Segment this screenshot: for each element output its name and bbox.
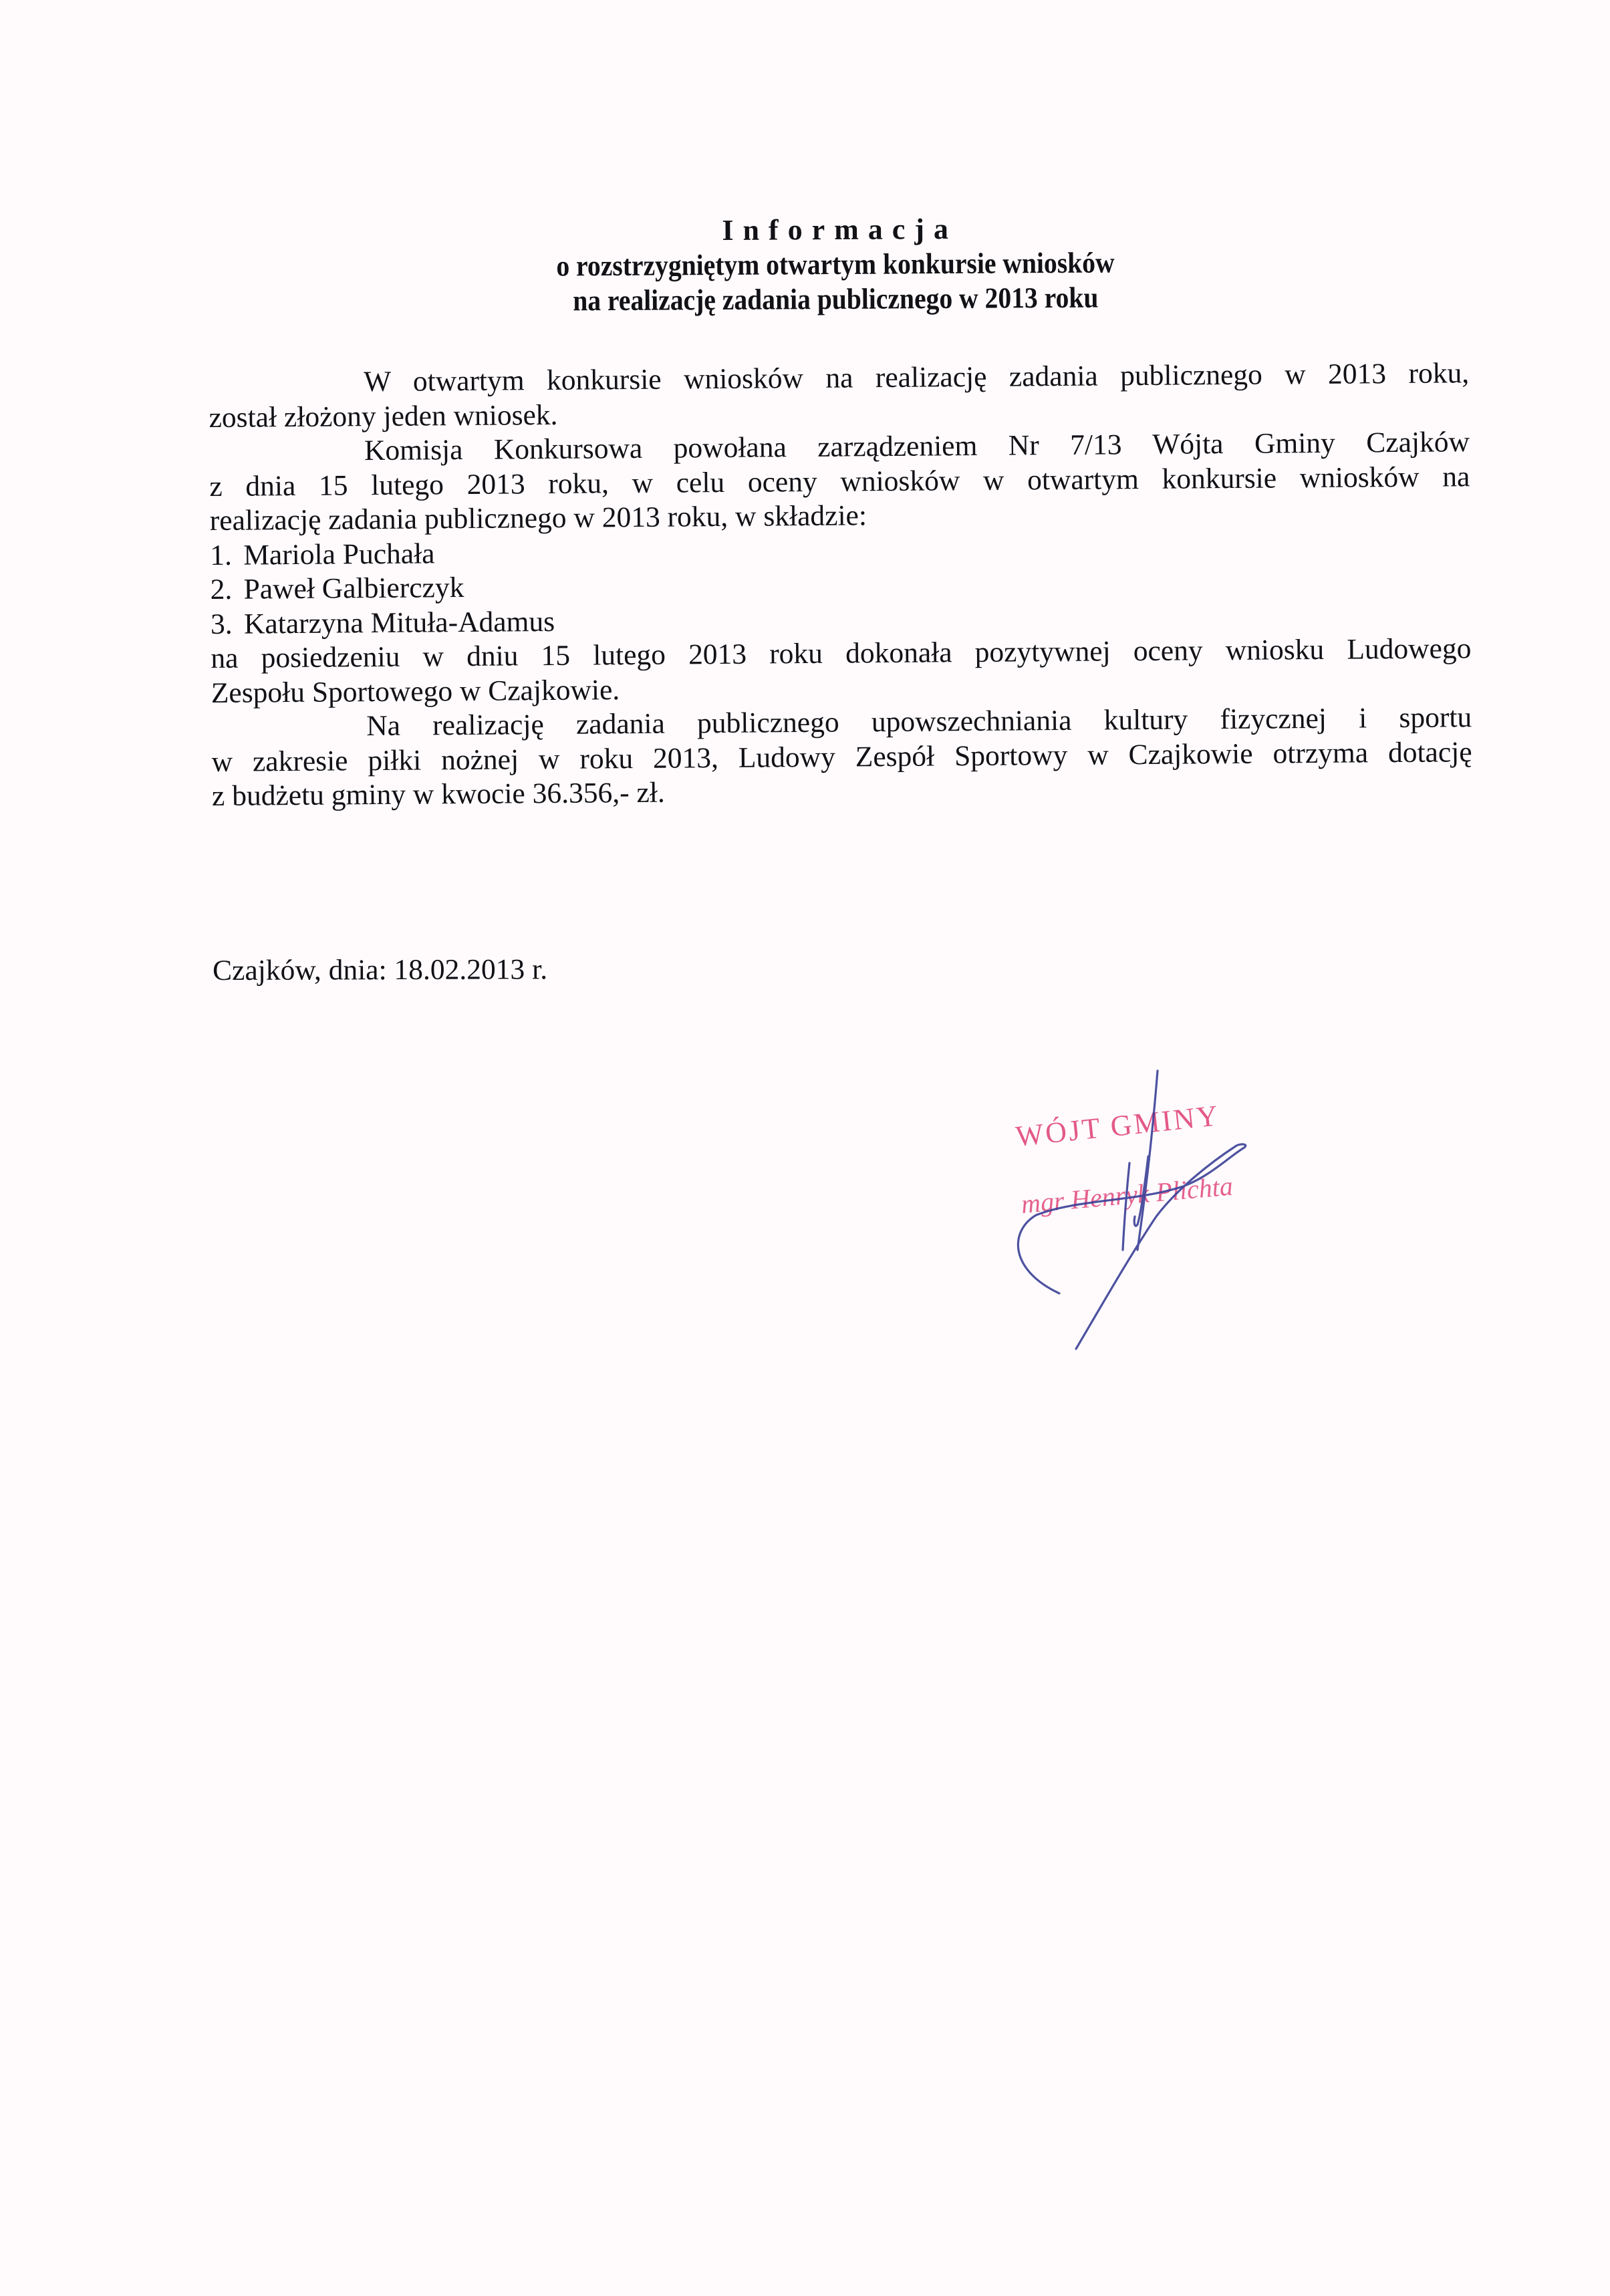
list-item-name: Katarzyna Mituła-Adamus [244, 605, 555, 640]
list-item-name: Paweł Galbierczyk [243, 571, 464, 606]
list-item-number: 3. [211, 607, 244, 642]
paragraph-committee: Komisja Konkursowa powołana zarządzeniem… [209, 425, 1470, 538]
title-subheading-line-1: o rozstrzygniętym otwartym konkursie wni… [444, 245, 1226, 284]
paragraph-evaluation: na posiedzeniu w dniu 15 lutego 2013 rok… [211, 632, 1472, 711]
document-title: Informacja o rozstrzygniętym otwartym ko… [401, 210, 1270, 320]
handwritten-signature-icon [962, 1056, 1297, 1364]
place-and-date: Czajków, dnia: 18.02.2013 r. [213, 952, 547, 988]
official-stamp-with-signature: WÓJT GMINY mgr Henryk Plichta [962, 1056, 1297, 1364]
list-item-number: 2. [210, 573, 243, 608]
document-body: W otwartym konkursie wniosków na realiza… [209, 356, 1472, 813]
list-item-name: Mariola Puchała [243, 537, 435, 571]
scanned-document-page: Informacja o rozstrzygniętym otwartym ko… [0, 0, 1610, 2296]
list-item-number: 1. [210, 538, 243, 573]
committee-members-list: 1.Mariola Puchała 2.Paweł Galbierczyk 3.… [210, 529, 1471, 642]
title-subheading-line-2: na realizację zadania publicznego w 2013… [444, 279, 1226, 319]
paragraph-submission: W otwartym konkursie wniosków na realiza… [209, 356, 1470, 435]
paragraph-grant: Na realizację zadania publicznego upowsz… [211, 700, 1472, 813]
title-heading: Informacja [410, 210, 1270, 250]
